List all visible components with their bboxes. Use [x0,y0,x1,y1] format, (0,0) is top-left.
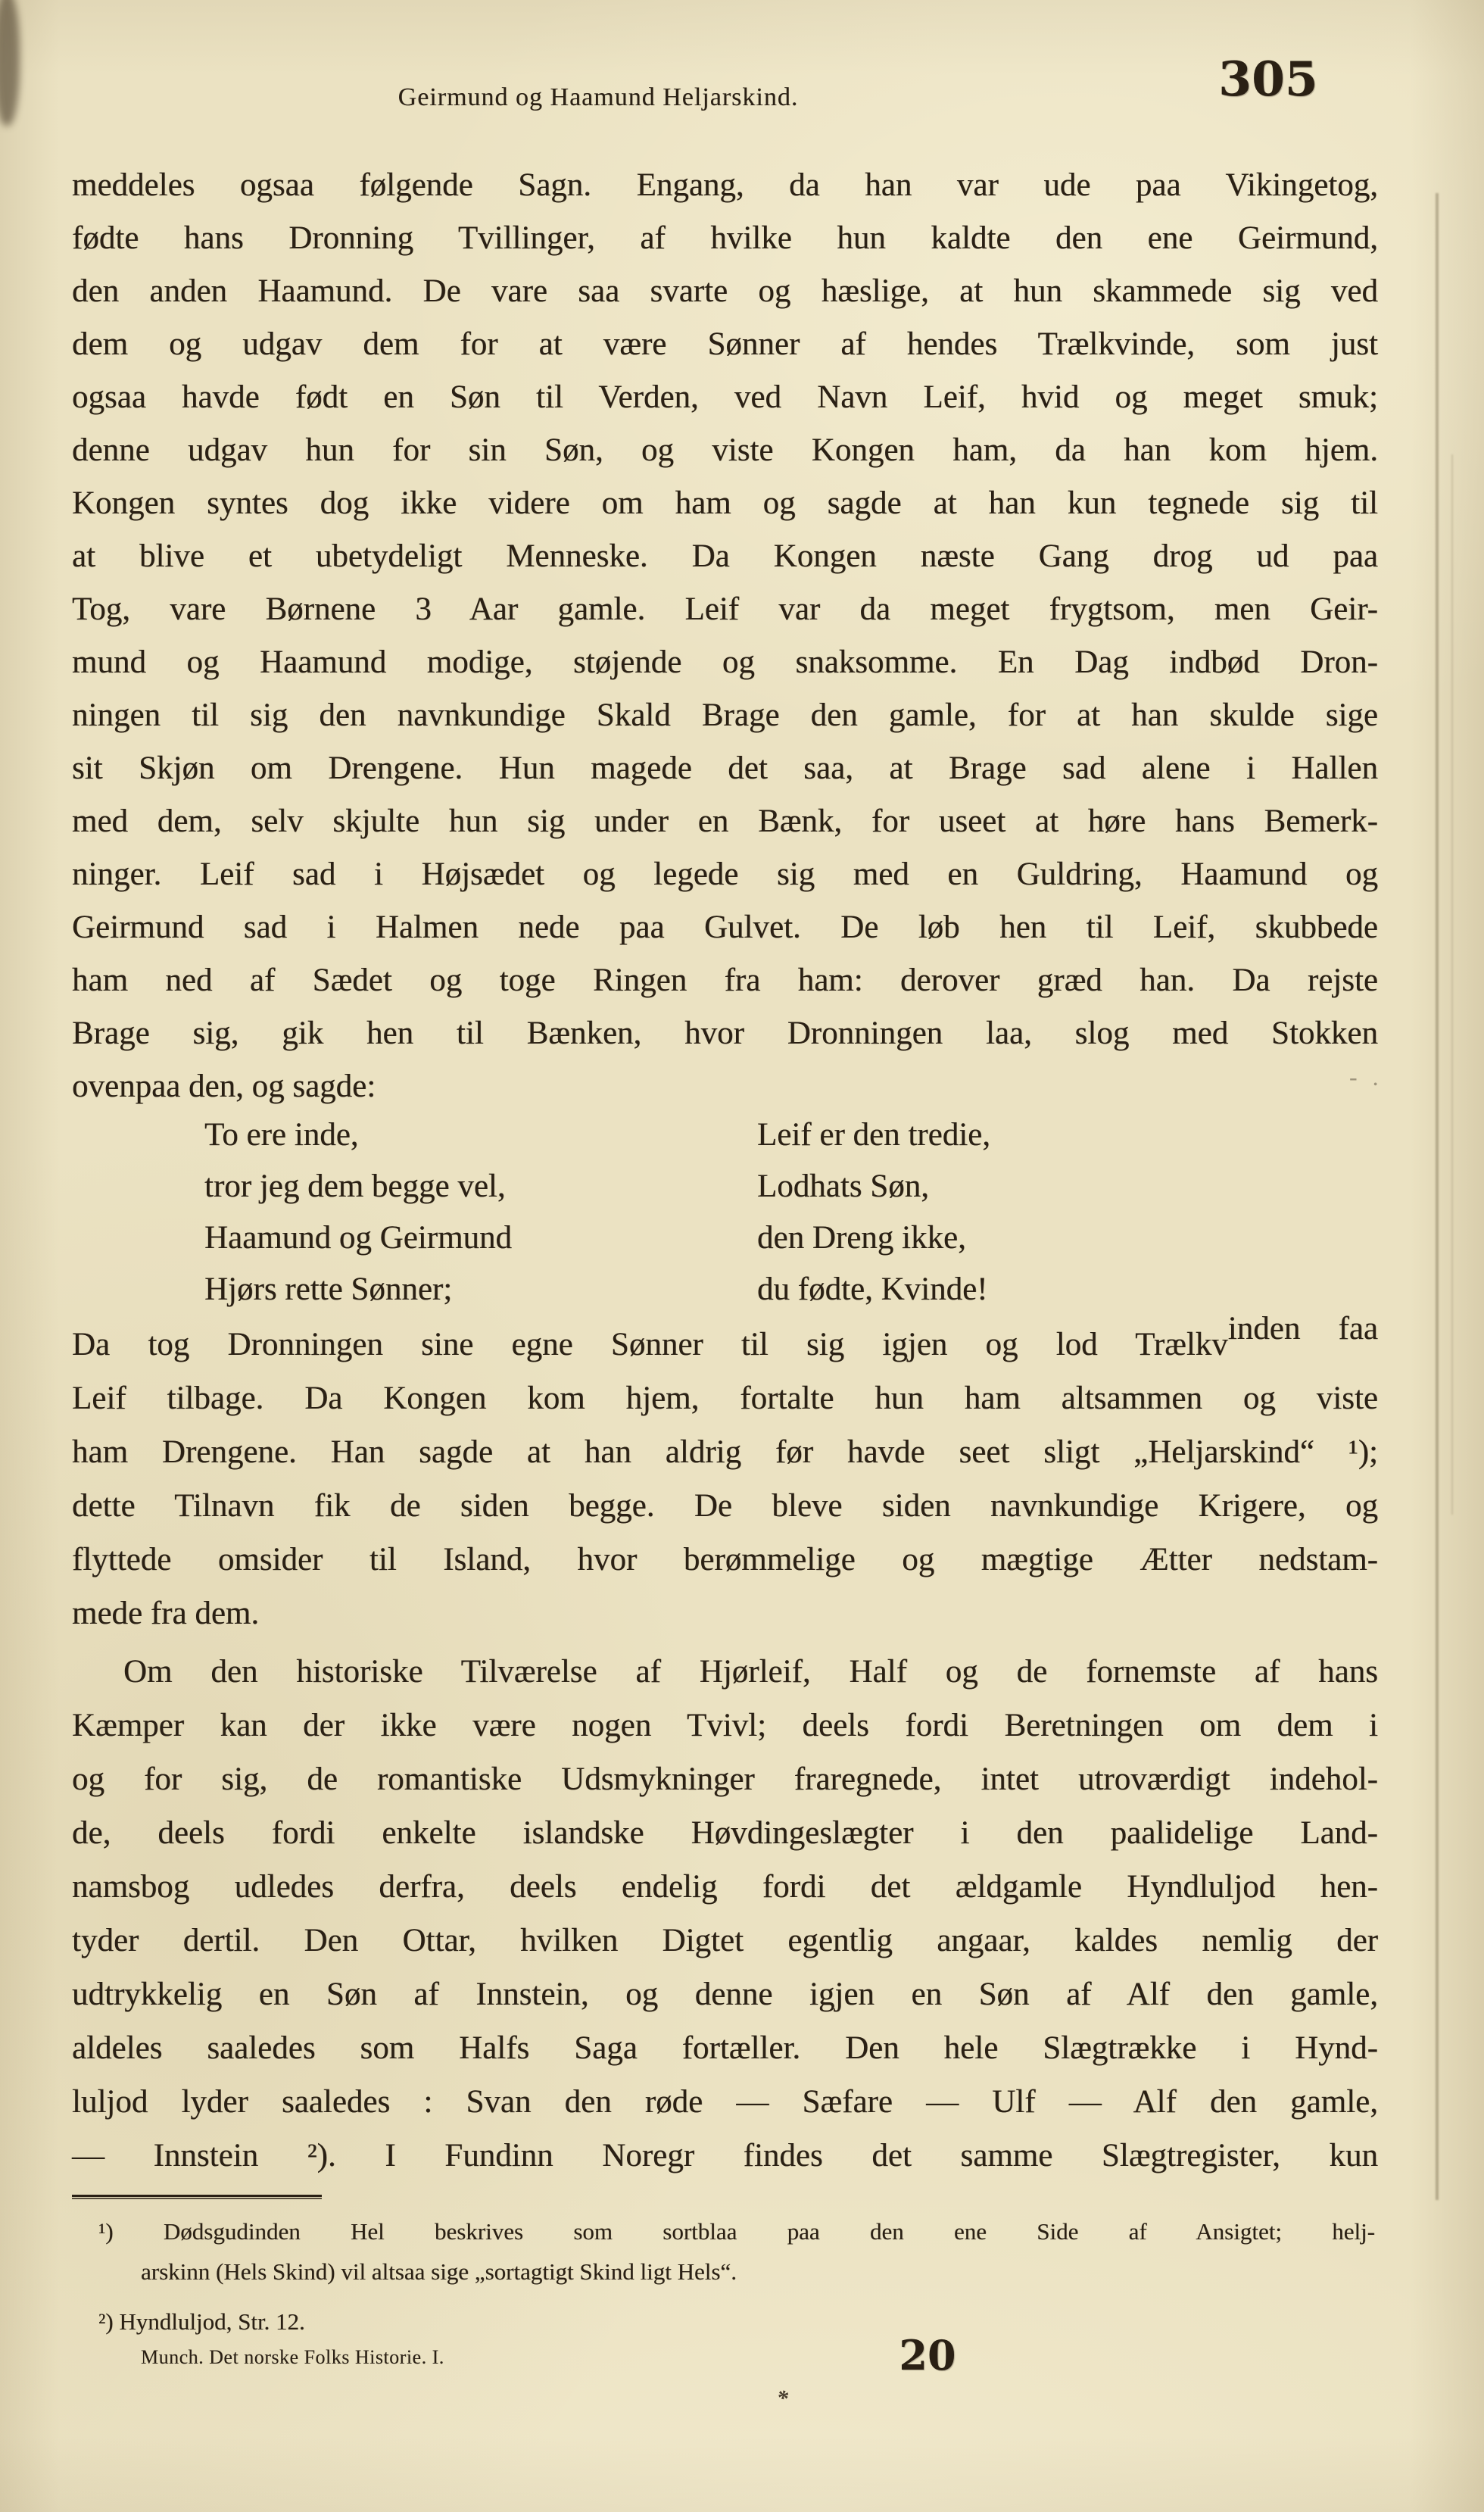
text-line: ovenpaa den, og sagde: [72,1060,1378,1113]
text-line: at blive et ubetydeligt Menneske. Da Kon… [72,530,1378,583]
text-line: ham ned af Sædet og toge Ringen fra ham:… [72,954,1378,1007]
text-line: ogsaa havde født en Søn til Verden, ved … [72,371,1378,424]
text-line: dem og udgav dem for at være Sønner af h… [72,318,1378,371]
stray-ink-mark: - . [1349,1062,1410,1092]
paragraph-saga-tale-continued: Da tog Dronningen sine egne Sønner til s… [72,1318,1378,1640]
text-line: den Dreng ikke, [757,1212,1242,1264]
page-number: 305 [1204,44,1333,114]
text-line: namsbog udledes derfra, deels endelig fo… [72,1860,1378,1914]
book-page: Geirmund og Haamund Heljarskind. 305 med… [0,0,1484,2512]
text-line: Lodhats Søn, [757,1161,1242,1212]
text-line: Da tog Dronningen sine egne Sønner til s… [72,1318,1378,1371]
text-line: mund og Haamund modige, støjende og snak… [72,636,1378,689]
running-header-title: Geirmund og Haamund Heljarskind. [0,78,1196,117]
text-line: sit Skjøn om Drengene. Hun magede det sa… [72,742,1378,795]
paragraph-historical-discussion: Om den historiske Tilværelse af Hjørleif… [72,1645,1378,2183]
text-line: Leif tilbage. Da Kongen kom hjem, fortal… [72,1371,1378,1425]
text-line: dette Tilnavn fik de siden begge. De ble… [72,1479,1378,1533]
text-line: Kongen syntes dog ikke videre om ham og … [72,477,1378,530]
publisher-imprint: Munch. Det norske Folks Historie. I. [141,2342,822,2373]
text-line: Geirmund sad i Halmen nede paa Gulvet. D… [72,901,1378,954]
text-line: udtrykkelig en Søn af Innstein, og denne… [72,1967,1378,2021]
text-line: Hjørs rette Sønner; [204,1264,689,1315]
text-line: denne udgav hun for sin Søn, og viste Ko… [72,424,1378,477]
text-line: aldeles saaledes som Halfs Saga fortælle… [72,2021,1378,2075]
text-line: ninger. Leif sad i Højsædet og legede si… [72,848,1378,901]
footnote-separator-rule [72,2195,322,2199]
verse-right-column: Leif er den tredie,Lodhats Søn,den Dreng… [757,1109,1242,1315]
text-line: meddeles ogsaa følgende Sagn. Engang, da… [72,159,1378,212]
footnote-2: ²) Hyndluljod, Str. 12. [98,2302,1333,2342]
page-edge-crease [1436,193,1439,2200]
text-line: du fødte, Kvinde! [757,1264,1242,1315]
text-line: de, deels fordi enkelte islandske Høvdin… [72,1806,1378,1860]
text-line: og for sig, de romantiske Udsmykninger f… [72,1752,1378,1806]
text-line: tror jeg dem begge vel, [204,1161,689,1212]
text-line: fødte hans Dronning Tvillinger, af hvilk… [72,212,1378,265]
verse-left-column: To ere inde,tror jeg dem begge vel,Haamu… [204,1109,689,1315]
text-line: To ere inde, [204,1109,689,1161]
text-line: luljod lyder saaledes : Svan den røde — … [72,2075,1378,2129]
sheet-signature-number: 20 [871,2326,984,2384]
footnote-1-line-2: arskinn (Hels Skind) vil altsaa sige „so… [141,2252,1375,2292]
text-line: — Innstein ²). I Fundinn Noregr findes d… [72,2129,1378,2183]
text-line: Om den historiske Tilværelse af Hjørleif… [72,1645,1378,1699]
text-line: tyder dertil. Den Ottar, hvilken Digtet … [72,1914,1378,1967]
text-line: Leif er den tredie, [757,1109,1242,1161]
text-line: flyttede omsider til Island, hvor berømm… [72,1533,1378,1587]
text-line: mede fra dem. [72,1587,1378,1640]
text-line: den anden Haamund. De vare saa svarte og… [72,265,1378,318]
text-line: Kæmper kan der ikke være nogen Tvivl; de… [72,1699,1378,1752]
footnote-1-line-1: ¹) Dødsgudinden Hel beskrives som sortbl… [98,2212,1375,2251]
text-line: ningen til sig den navnkundige Skald Bra… [72,689,1378,742]
page-edge-crease-faint [1451,454,1453,1515]
raised-type-defect: inden faa [1228,1311,1378,1346]
signature-asterisk-mark: * [775,2385,802,2414]
text-line: Brage sig, gik hen til Bænken, hvor Dron… [72,1007,1378,1060]
text-line: Tog, vare Børnene 3 Aar gamle. Leif var … [72,583,1378,636]
text-line: Haamund og Geirmund [204,1212,689,1264]
text-line: ham Drengene. Han sagde at han aldrig fø… [72,1425,1378,1479]
text-line: med dem, selv skjulte hun sig under en B… [72,795,1378,848]
paragraph-saga-tale: meddeles ogsaa følgende Sagn. Engang, da… [72,159,1378,1113]
